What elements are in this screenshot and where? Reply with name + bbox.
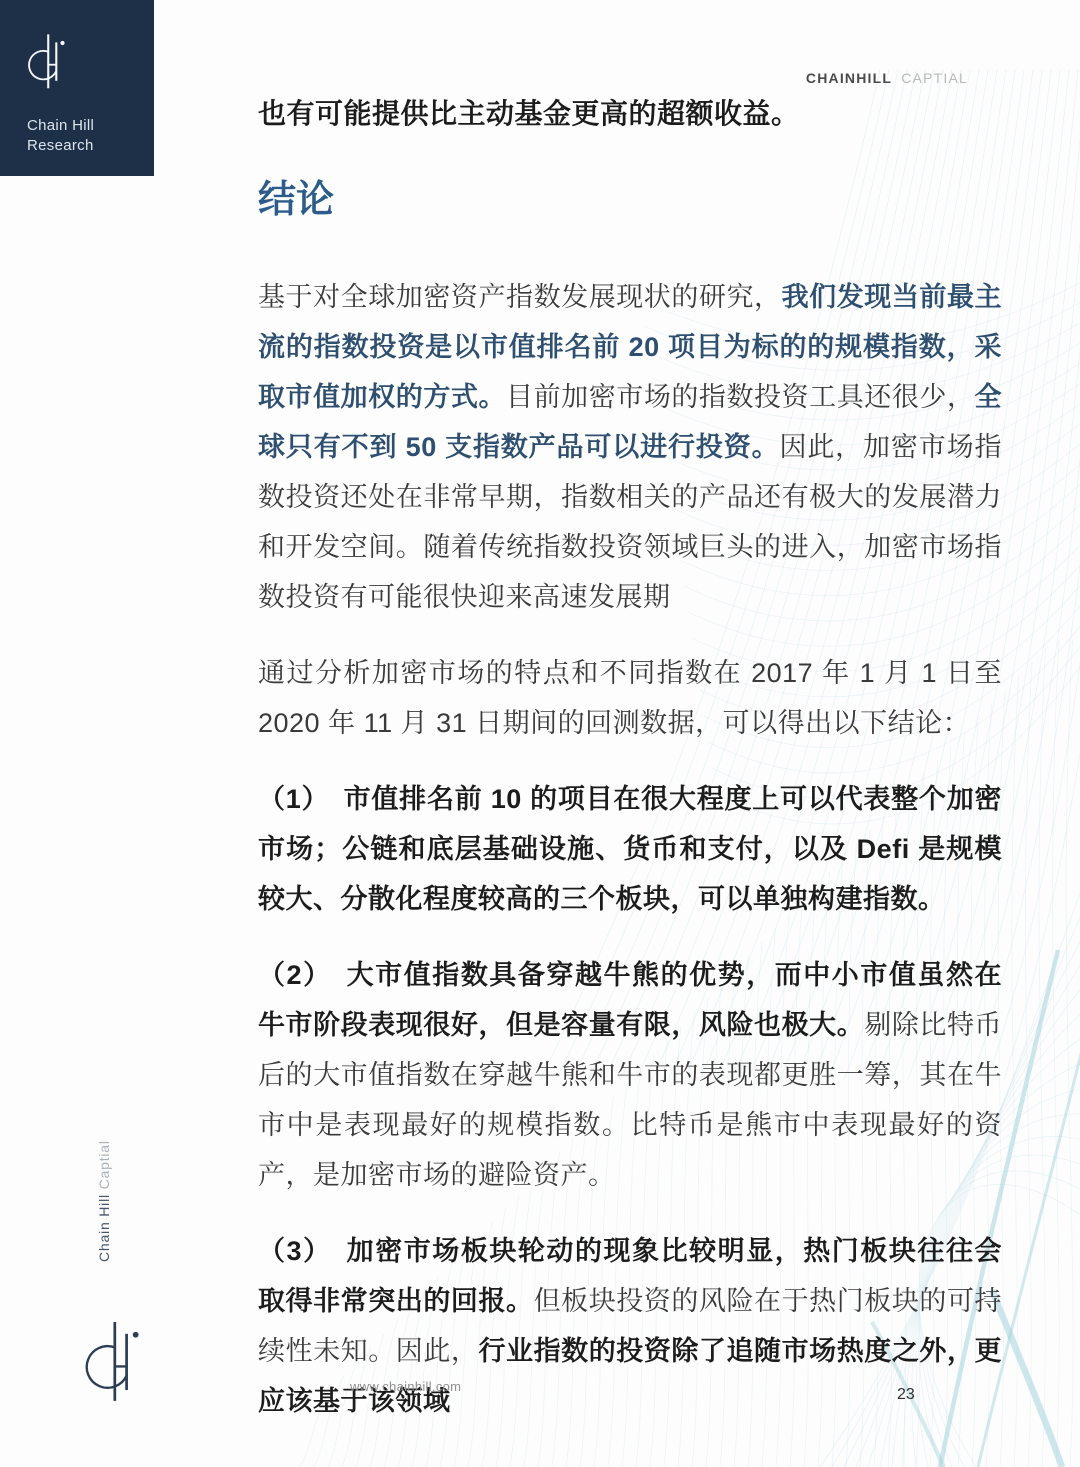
article-content: 也有可能提供比主动基金更高的超额收益。 结论 基于对全球加密资产指数发展现状的研… (258, 96, 1002, 1452)
brand-line-2: Research (27, 136, 94, 156)
conclusion-item-2: （2） 大市值指数具备穿越牛熊的优势，而中小市值虽然在牛市阶段表现很好，但是容量… (258, 950, 1002, 1200)
side-wordmark-primary: Chain Hill (96, 1189, 112, 1262)
paragraph-overview: 基于对全球加密资产指数发展现状的研究，我们发现当前最主流的指数投资是以市值排名前… (258, 272, 1002, 622)
chainhill-monogram-icon (84, 1315, 142, 1407)
text-segment: （1） 市值排名前 10 的项目在很大程度上可以代表整个加密市场；公链和底层基础… (258, 784, 1002, 914)
text-segment: 通过分析加密市场的特点和不同指数在 2017 年 1 月 1 日至 2020 年… (258, 658, 1002, 738)
paragraph-backtest: 通过分析加密市场的特点和不同指数在 2017 年 1 月 1 日至 2020 年… (258, 648, 1002, 748)
page-number: 23 (897, 1386, 915, 1404)
text-segment: 基于对全球加密资产指数发展现状的研究， (258, 282, 782, 312)
intro-line: 也有可能提供比主动基金更高的超额收益。 (258, 96, 1002, 132)
section-heading: 结论 (258, 176, 1002, 224)
header-wordmark-secondary: CAPTIAL (901, 70, 968, 86)
header-wordmark-primary: CHAINHILL (806, 70, 892, 86)
brand-block-text: Chain Hill Research (27, 116, 94, 156)
document-page: Chain Hill Research CHAINHILL CAPTIAL 也有… (0, 0, 1080, 1467)
footer-url: www.chainhill.com (350, 1379, 461, 1394)
header-wordmark: CHAINHILL CAPTIAL (806, 70, 968, 86)
side-wordmark-secondary: Captial (96, 1140, 112, 1189)
chainhill-monogram-icon (27, 30, 67, 92)
conclusion-item-1: （1） 市值排名前 10 的项目在很大程度上可以代表整个加密市场；公链和底层基础… (258, 774, 1002, 924)
conclusion-item-3: （3） 加密市场板块轮动的现象比较明显，热门板块往往会取得非常突出的回报。但板块… (258, 1226, 1002, 1426)
side-vertical-wordmark: Chain Hill Captial (96, 1162, 112, 1262)
brand-line-1: Chain Hill (27, 116, 94, 136)
brand-block: Chain Hill Research (0, 0, 154, 176)
text-segment: 目前加密市场的指数投资工具还很少， (506, 382, 974, 412)
